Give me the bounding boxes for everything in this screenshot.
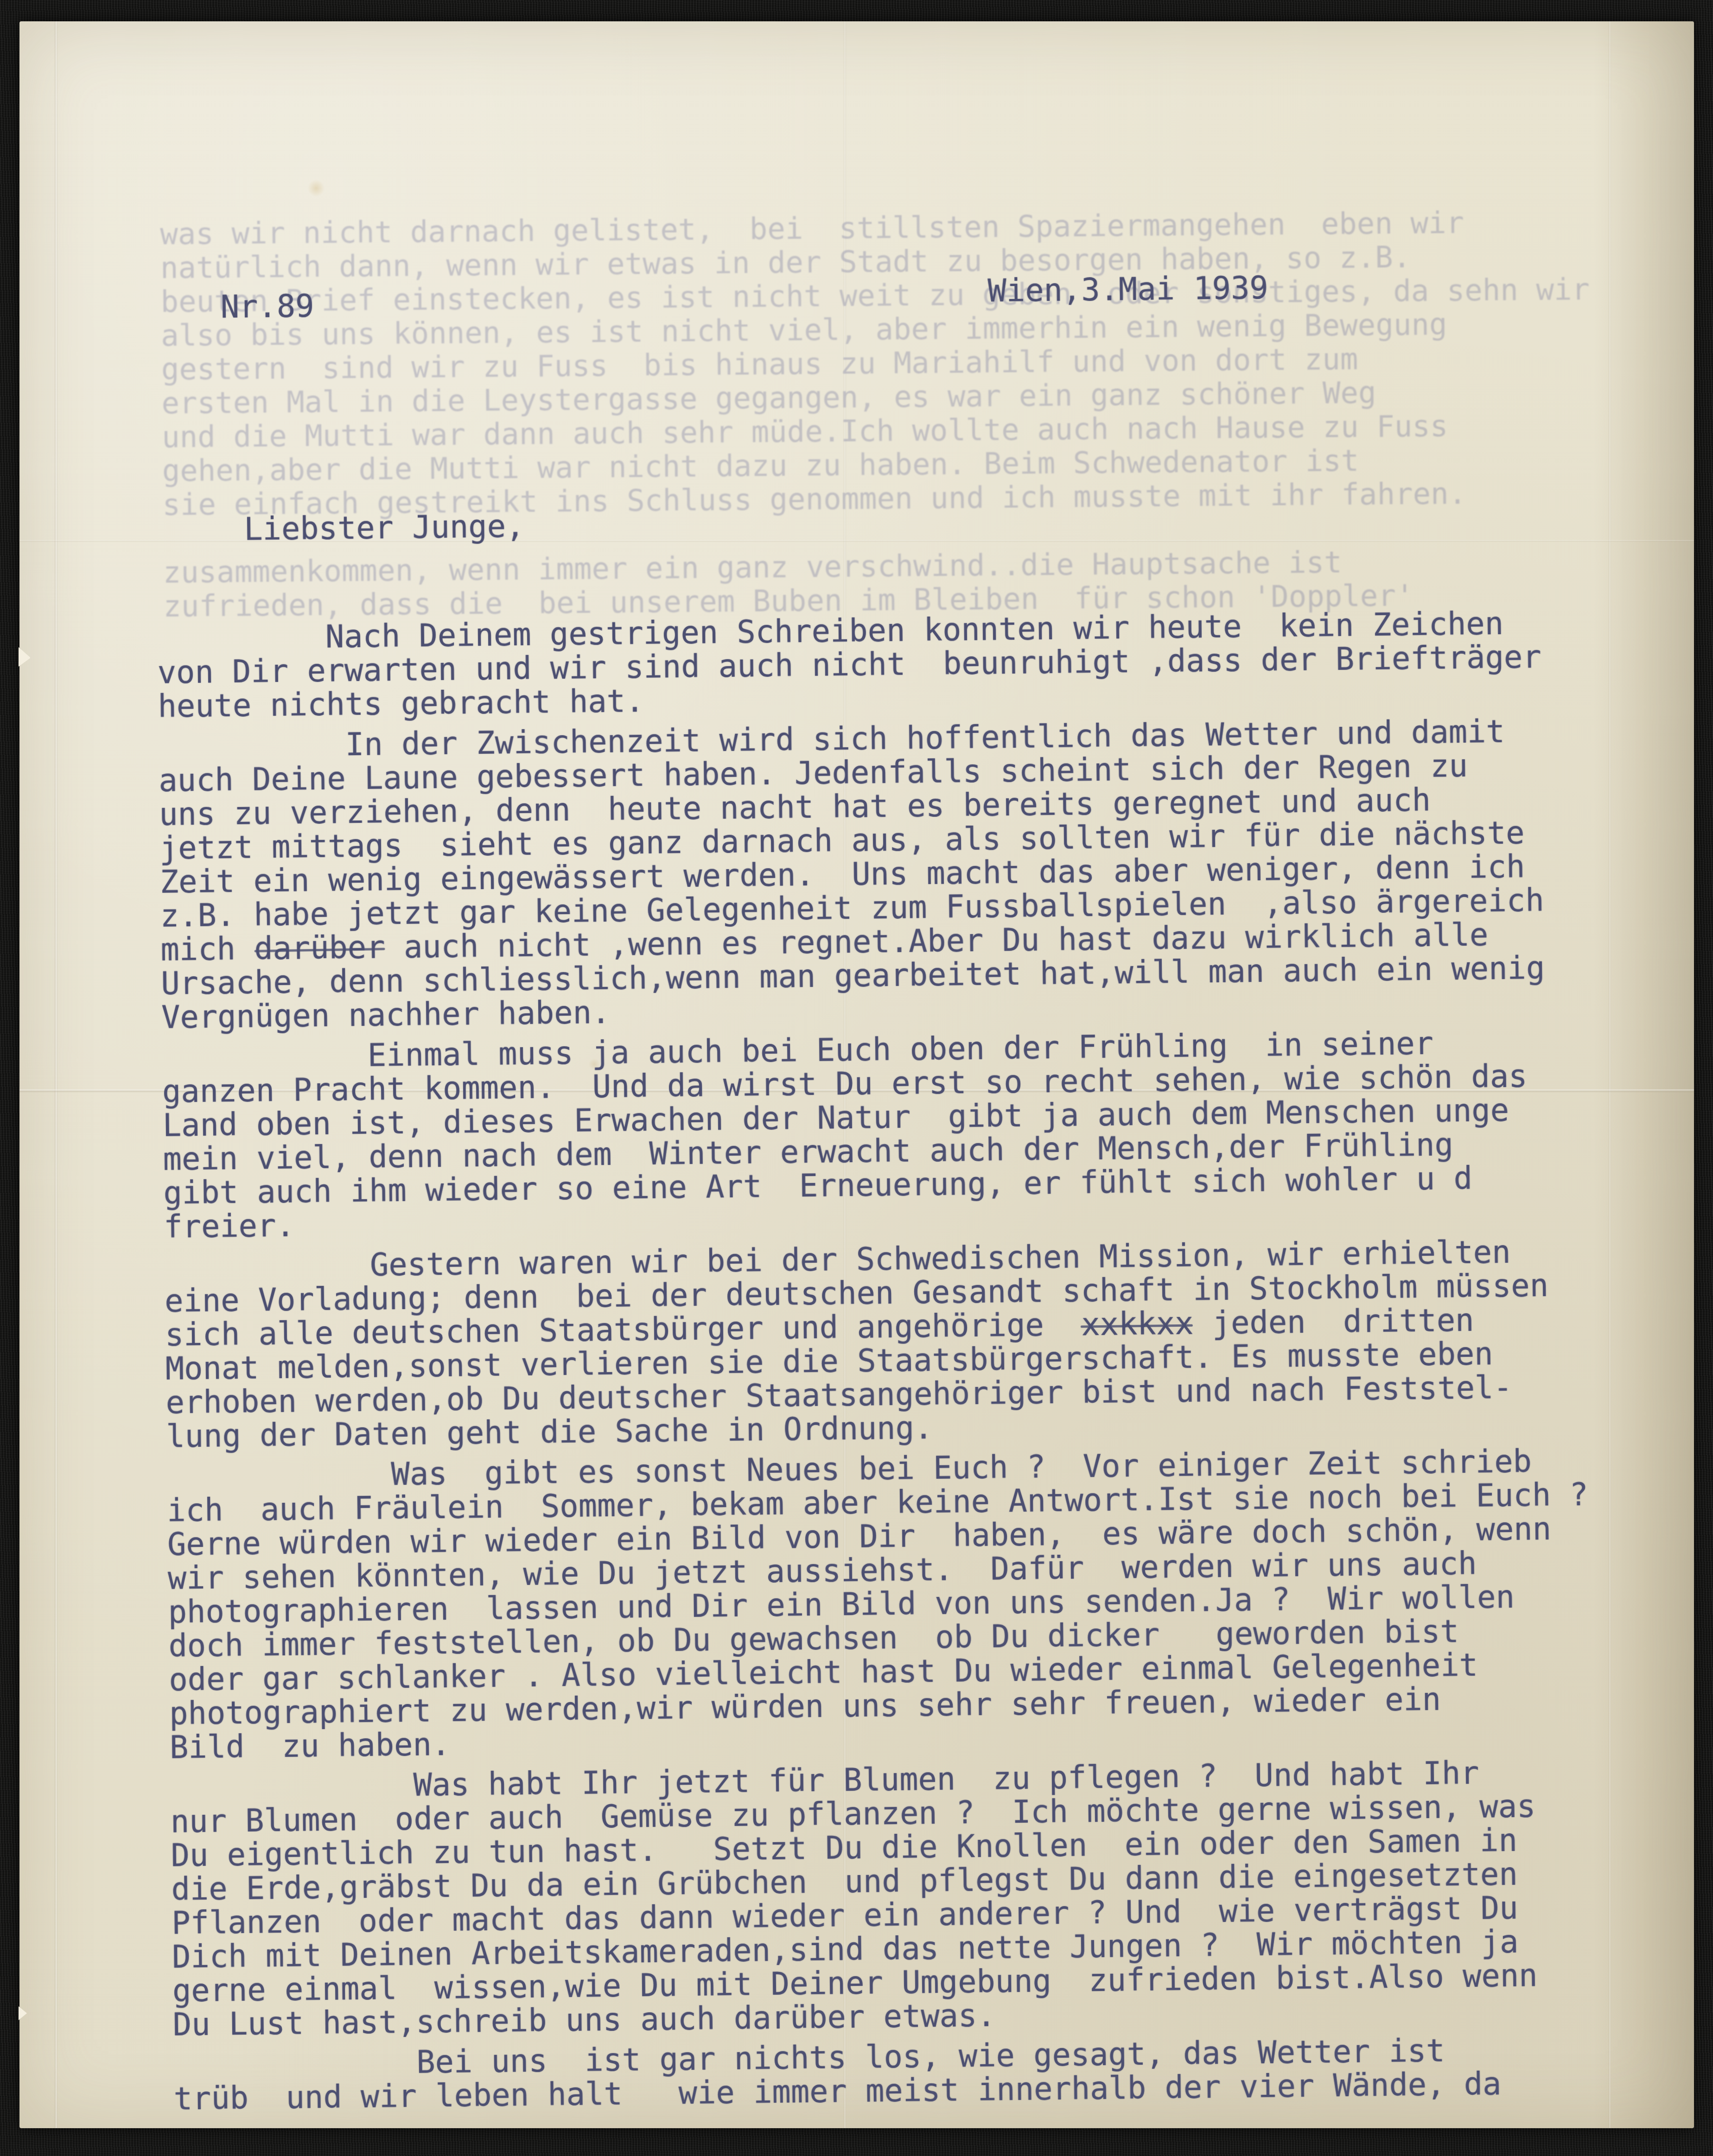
letter-text: Nr.89 Wien,3.Mai 1939 Liebster Junge, Na… bbox=[153, 257, 1630, 2127]
paragraph: Bei uns ist gar nichts los, wie gesagt, … bbox=[173, 2032, 1595, 2116]
paragraph: Einmal muss ja auch bei Euch oben der Fr… bbox=[162, 1025, 1585, 1244]
bleedthrough-line: was wir nicht darnach gelistet, bei stil… bbox=[160, 205, 1625, 252]
fold-crease-vertical-left bbox=[55, 21, 57, 2128]
paragraph: Was habt Ihr jetzt für Blumen zu pflegen… bbox=[170, 1755, 1594, 2042]
scan-photo: was wir nicht darnach gelistet, bei stil… bbox=[0, 0, 1713, 2156]
paper-edge-tear bbox=[19, 2006, 27, 2020]
dateline: Wien,3.Mai 1939 bbox=[987, 271, 1268, 308]
paragraph: In der Zwischenzeit wird sich hoffentlic… bbox=[158, 714, 1583, 1035]
salutation: Liebster Junge, bbox=[244, 509, 525, 547]
paragraph: Was gibt es sonst Neues bei Euch ? Vor e… bbox=[166, 1444, 1591, 1765]
paragraph: Nach Deinem gestrigen Schreiben konnten … bbox=[157, 606, 1579, 724]
paper-edge-tear bbox=[19, 647, 31, 667]
letter-body: Nach Deinem gestrigen Schreiben konnten … bbox=[157, 606, 1595, 2123]
letter-number: Nr.89 bbox=[220, 289, 314, 324]
letter-page: was wir nicht darnach gelistet, bei stil… bbox=[19, 21, 1694, 2128]
paragraph: Gestern waren wir bei der Schwedischen M… bbox=[164, 1234, 1587, 1454]
